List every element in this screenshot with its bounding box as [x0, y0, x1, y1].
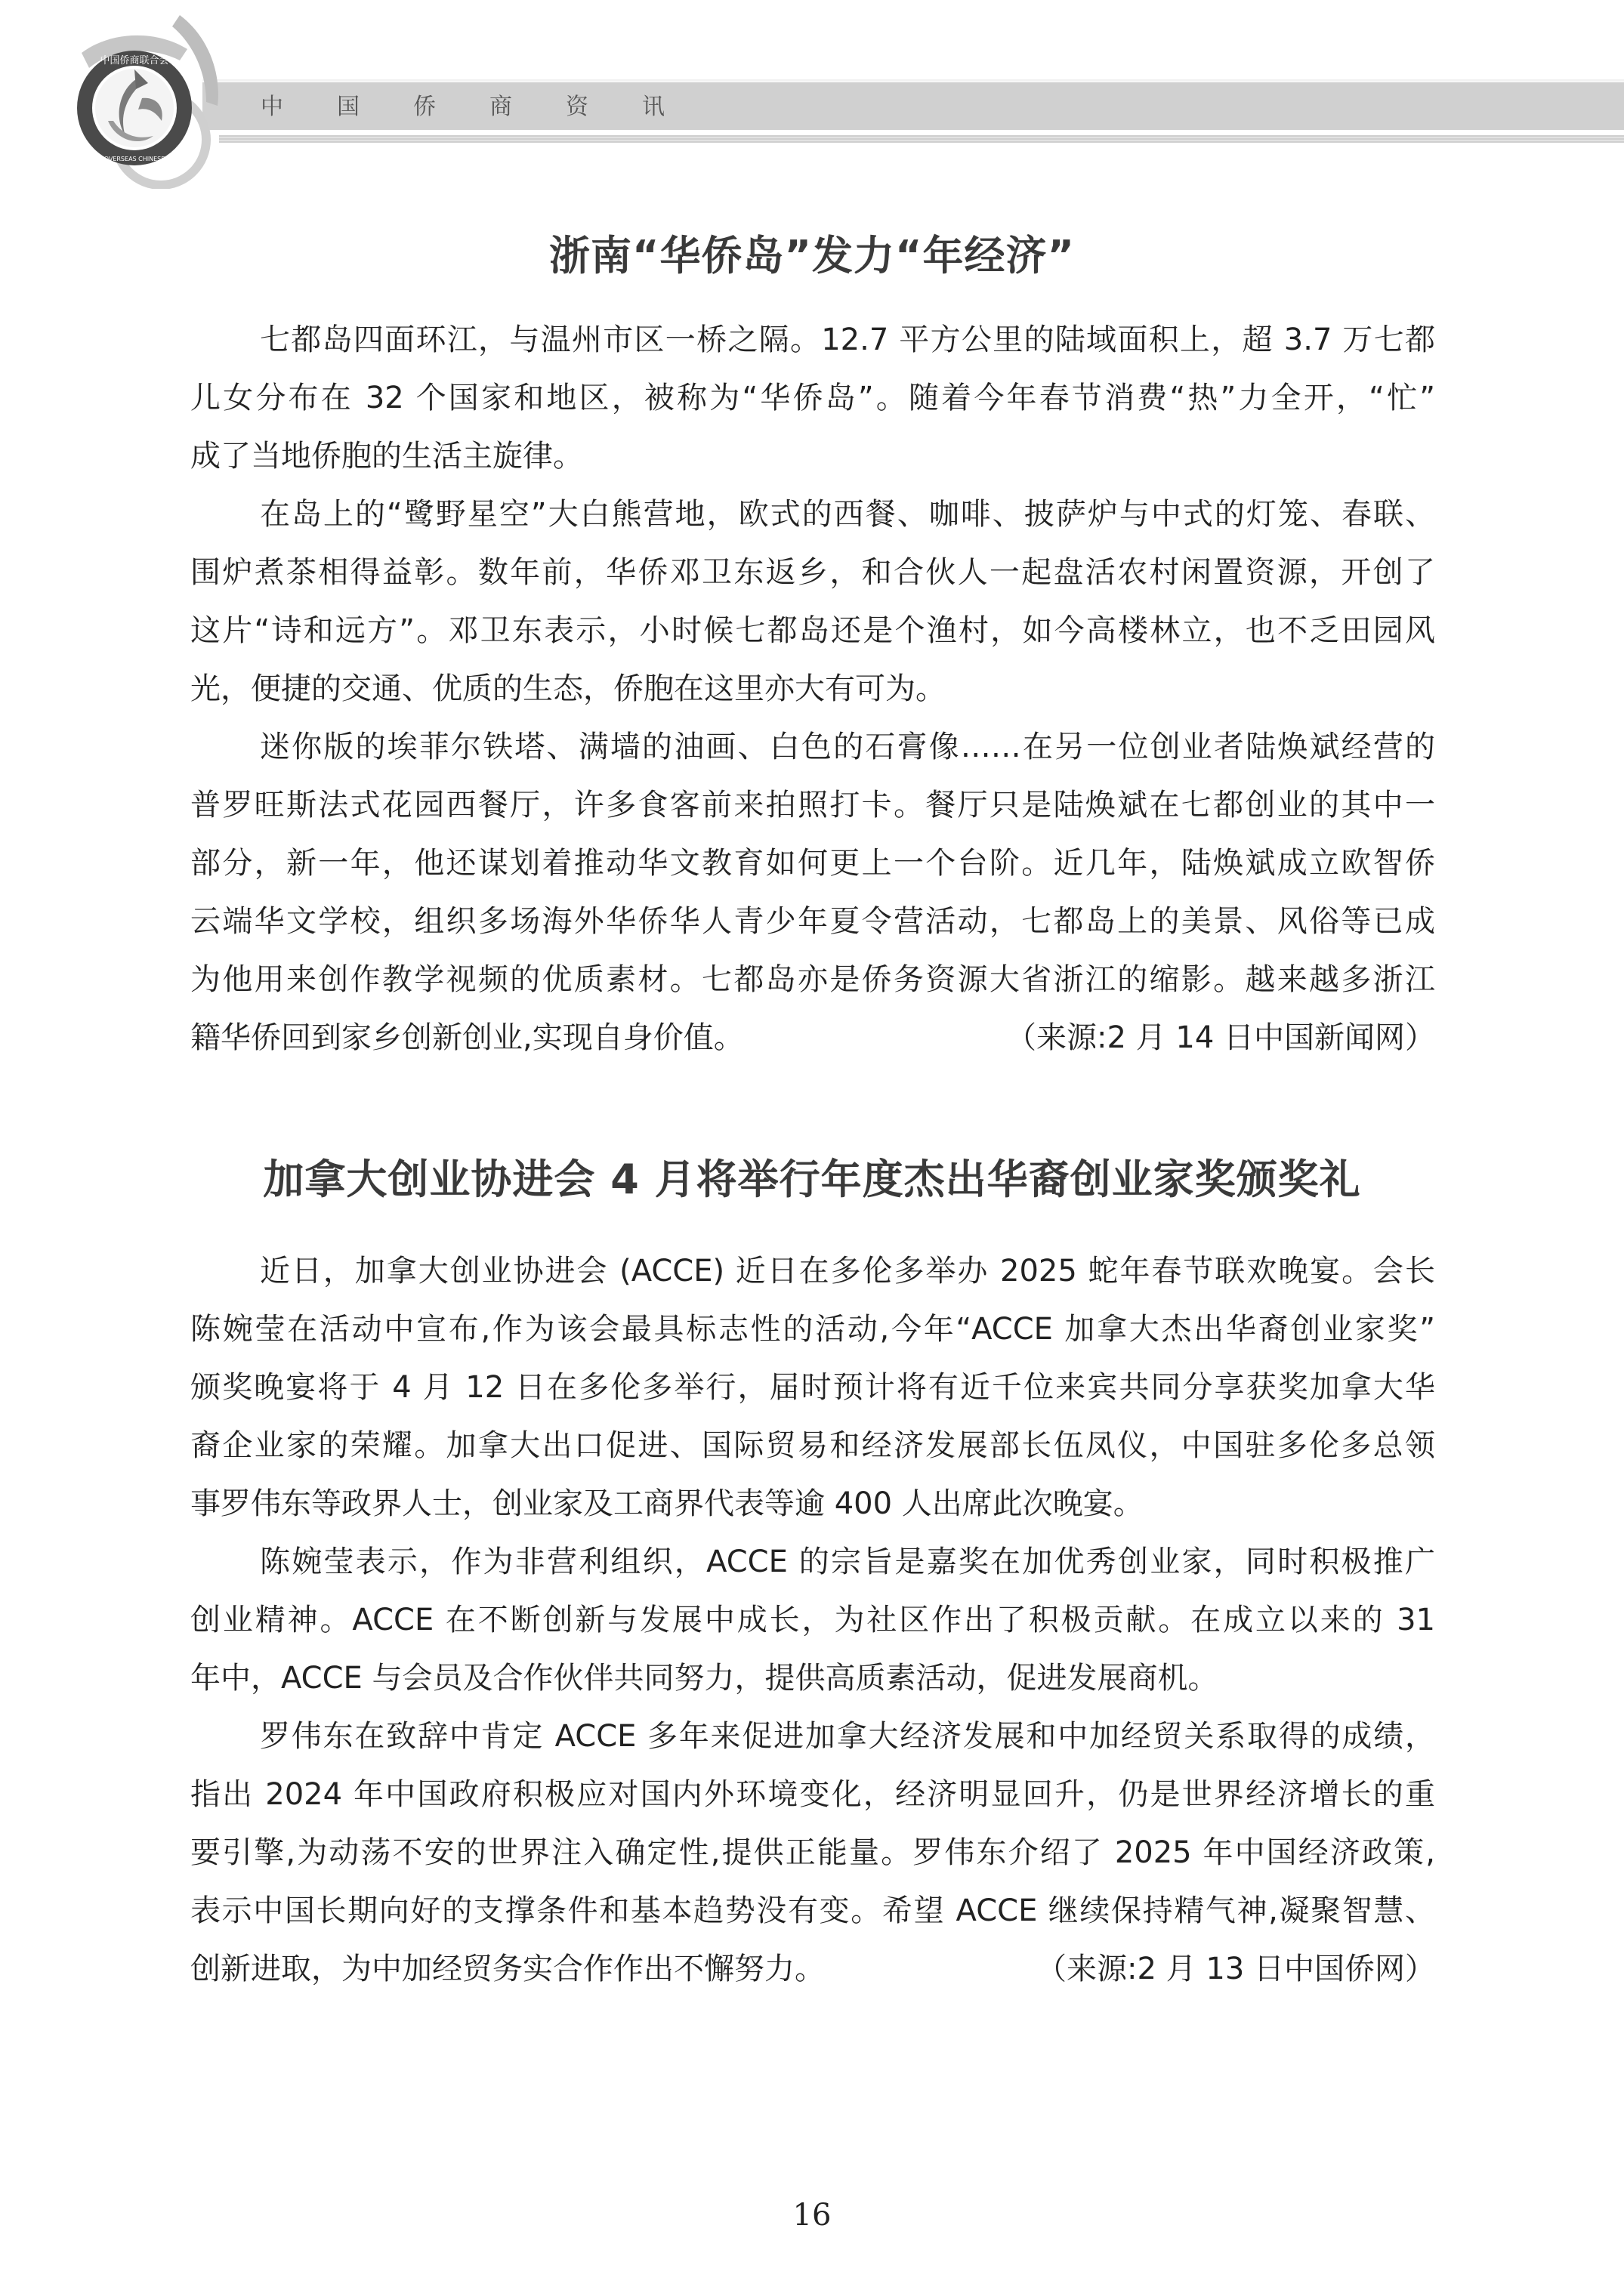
body-line: 儿女分布在 32 个国家和地区，被称为“华侨岛”。随着今年春节消费“热”力全开，…	[190, 369, 1435, 427]
header-stripe-divider	[219, 135, 1624, 143]
article-title: 浙南“华侨岛”发力“年经济”	[0, 232, 1624, 280]
article-source: （来源:2 月 13 日中国侨网）	[1036, 1940, 1435, 1998]
body-line: 成了当地侨胞的生活主旋律。	[190, 427, 1435, 486]
article-source: （来源:2 月 14 日中国新闻网）	[1006, 1009, 1435, 1067]
body-line: 创新进取，为中加经贸务实合作作出不懈努力。	[190, 1940, 825, 1998]
body-line: 在岛上的“鹭野星空”大白熊营地，欧式的西餐、咖啡、披萨炉与中式的灯笼、春联、	[190, 486, 1435, 544]
publication-title: 中 国 侨 商 资 讯	[261, 92, 718, 122]
body-line: 籍华侨回到家乡创新创业,实现自身价值。	[190, 1009, 744, 1067]
body-line: 为他用来创作教学视频的优质素材。七都岛亦是侨务资源大省浙江的缩影。越来越多浙江	[190, 951, 1435, 1009]
article-body: 近日，加拿大创业协进会 (ACCE) 近日在多伦多举办 2025 蛇年春节联欢晚…	[190, 1242, 1435, 1998]
body-line: 罗伟东在致辞中肯定 ACCE 多年来促进加拿大经济发展和中加经贸关系取得的成绩，	[190, 1708, 1435, 1766]
body-line: 要引擎,为动荡不安的世界注入确定性,提供正能量。罗伟东介绍了 2025 年中国经…	[190, 1824, 1435, 1882]
body-line: 颁奖晚宴将于 4 月 12 日在多伦多举行，届时预计将有近千位来宾共同分享获奖加…	[190, 1359, 1435, 1417]
body-line: 七都岛四面环江，与温州市区一桥之隔。12.7 平方公里的陆域面积上，超 3.7 …	[190, 311, 1435, 369]
body-line: 围炉煮茶相得益彰。数年前，华侨邓卫东返乡，和合伙人一起盘活农村闲置资源，开创了	[190, 544, 1435, 602]
body-line: 指出 2024 年中国政府积极应对国内外环境变化，经济明显回升，仍是世界经济增长…	[190, 1766, 1435, 1824]
body-line: 陈婉莹表示，作为非营利组织，ACCE 的宗旨是嘉奖在加优秀创业家，同时积极推广	[190, 1533, 1435, 1591]
federation-seal-icon: 中国侨商联合会 OVERSEAS CHINESE	[66, 8, 240, 189]
svg-text:中国侨商联合会: 中国侨商联合会	[100, 54, 168, 66]
publication-title-char: 中	[261, 92, 337, 122]
article-body: 七都岛四面环江，与温州市区一桥之隔。12.7 平方公里的陆域面积上，超 3.7 …	[190, 311, 1435, 1067]
body-line: 部分，新一年，他还谋划着推动华文教育如何更上一个台阶。近几年，陆焕斌成立欧智侨	[190, 835, 1435, 893]
body-line: 年中，ACCE 与会员及合作伙伴共同努力，提供高质素活动，促进发展商机。	[190, 1650, 1435, 1708]
publication-title-char: 商	[489, 92, 566, 122]
page-number: 16	[0, 2198, 1624, 2233]
body-line: 迷你版的埃菲尔铁塔、满墙的油画、白色的石膏像……在另一位创业者陆焕斌经营的	[190, 718, 1435, 776]
publication-title-char: 讯	[642, 92, 718, 122]
body-line: 这片“诗和远方”。邓卫东表示，小时候七都岛还是个渔村，如今高楼林立，也不乏田园风	[190, 602, 1435, 660]
article-title: 加拿大创业协进会 4 月将举行年度杰出华裔创业家奖颁奖礼	[0, 1156, 1624, 1204]
publication-title-char: 资	[566, 92, 642, 122]
body-line-with-source: 籍华侨回到家乡创新创业,实现自身价值。 （来源:2 月 14 日中国新闻网）	[190, 1009, 1435, 1067]
body-line-with-source: 创新进取，为中加经贸务实合作作出不懈努力。 （来源:2 月 13 日中国侨网）	[190, 1940, 1435, 1998]
header-band-highlight	[202, 79, 1624, 82]
body-line: 事罗伟东等政界人士，创业家及工商界代表等逾 400 人出席此次晚宴。	[190, 1475, 1435, 1533]
body-line: 裔企业家的荣耀。加拿大出口促进、国际贸易和经济发展部长伍凤仪，中国驻多伦多总领	[190, 1417, 1435, 1475]
body-line: 陈婉莹在活动中宣布,作为该会最具标志性的活动,今年“ACCE 加拿大杰出华裔创业…	[190, 1301, 1435, 1359]
svg-text:OVERSEAS CHINESE: OVERSEAS CHINESE	[104, 156, 165, 162]
publication-title-char: 国	[337, 92, 413, 122]
body-line: 近日，加拿大创业协进会 (ACCE) 近日在多伦多举办 2025 蛇年春节联欢晚…	[190, 1242, 1435, 1301]
body-line: 光，便捷的交通、优质的生态，侨胞在这里亦大有可为。	[190, 660, 1435, 718]
body-line: 云端华文学校，组织多场海外华侨华人青少年夏令营活动，七都岛上的美景、风俗等已成	[190, 893, 1435, 951]
body-line: 普罗旺斯法式花园西餐厅，许多食客前来拍照打卡。餐厅只是陆焕斌在七都创业的其中一	[190, 776, 1435, 835]
body-line: 创业精神。ACCE 在不断创新与发展中成长，为社区作出了积极贡献。在成立以来的 …	[190, 1591, 1435, 1650]
body-line: 表示中国长期向好的支撑条件和基本趋势没有变。希望 ACCE 继续保持精气神,凝聚…	[190, 1882, 1435, 1940]
publication-title-char: 侨	[413, 92, 489, 122]
